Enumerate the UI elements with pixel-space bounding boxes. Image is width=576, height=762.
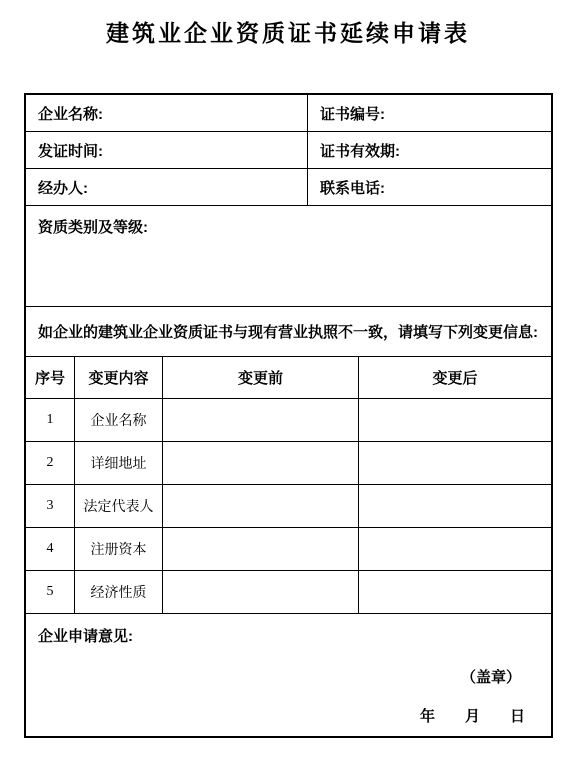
header-before-change: 变更前 — [163, 357, 359, 398]
row-number: 2 — [26, 442, 75, 484]
validity-period-cell[interactable]: 证书有效期: — [308, 132, 551, 168]
validity-period-label: 证书有效期: — [320, 140, 400, 161]
certificate-number-label: 证书编号: — [320, 103, 385, 124]
issue-date-cell[interactable]: 发证时间: — [26, 132, 308, 168]
company-opinion-cell[interactable]: 企业申请意见: （盖章） 年 月 日 — [26, 614, 551, 736]
row-number: 4 — [26, 528, 75, 570]
header-change-item: 变更内容 — [75, 357, 163, 398]
header-after-change: 变更后 — [359, 357, 551, 398]
date-placeholder: 年 月 日 — [420, 705, 525, 726]
qualification-grade-cell[interactable]: 资质类别及等级: — [26, 206, 551, 307]
header-seq-no: 序号 — [26, 357, 75, 398]
before-change-cell[interactable] — [163, 485, 359, 527]
change-item-label: 法定代表人 — [75, 485, 163, 527]
before-change-cell[interactable] — [163, 399, 359, 441]
table-row: 2 详细地址 — [26, 442, 551, 485]
before-change-cell[interactable] — [163, 528, 359, 570]
change-info-note-row: 如企业的建筑业企业资质证书与现有营业执照不一致，请填写下列变更信息: — [26, 307, 551, 357]
before-change-cell[interactable] — [163, 571, 359, 613]
company-name-cell[interactable]: 企业名称: — [26, 95, 308, 131]
after-change-cell[interactable] — [359, 399, 551, 441]
change-info-note: 如企业的建筑业企业资质证书与现有营业执照不一致，请填写下列变更信息: — [38, 321, 538, 342]
change-item-label: 企业名称 — [75, 399, 163, 441]
table-row: 5 经济性质 — [26, 571, 551, 614]
table-row: 1 企业名称 — [26, 399, 551, 442]
change-item-label: 详细地址 — [75, 442, 163, 484]
after-change-cell[interactable] — [359, 485, 551, 527]
issue-date-label: 发证时间: — [38, 140, 103, 161]
page-title: 建筑业企业资质证书延续申请表 — [0, 15, 576, 48]
application-form-table: 企业名称: 证书编号: 发证时间: 证书有效期: 经办人: 联系电话: 资质类别… — [24, 93, 553, 738]
company-opinion-label: 企业申请意见: — [38, 625, 133, 646]
qualification-grade-label: 资质类别及等级: — [38, 219, 148, 236]
info-row-company: 企业名称: 证书编号: — [26, 95, 551, 132]
change-item-label: 注册资本 — [75, 528, 163, 570]
table-row: 4 注册资本 — [26, 528, 551, 571]
after-change-cell[interactable] — [359, 442, 551, 484]
before-change-cell[interactable] — [163, 442, 359, 484]
seal-placeholder: （盖章） — [461, 666, 521, 687]
company-name-label: 企业名称: — [38, 103, 103, 124]
row-number: 3 — [26, 485, 75, 527]
after-change-cell[interactable] — [359, 528, 551, 570]
change-item-label: 经济性质 — [75, 571, 163, 613]
info-row-handler: 经办人: 联系电话: — [26, 169, 551, 206]
table-row: 3 法定代表人 — [26, 485, 551, 528]
row-number: 5 — [26, 571, 75, 613]
certificate-number-cell[interactable]: 证书编号: — [308, 95, 551, 131]
handler-cell[interactable]: 经办人: — [26, 169, 308, 205]
contact-phone-cell[interactable]: 联系电话: — [308, 169, 551, 205]
after-change-cell[interactable] — [359, 571, 551, 613]
row-number: 1 — [26, 399, 75, 441]
document-page: 建筑业企业资质证书延续申请表 企业名称: 证书编号: 发证时间: 证书有效期: … — [0, 0, 576, 762]
change-table-header-row: 序号 变更内容 变更前 变更后 — [26, 357, 551, 399]
contact-phone-label: 联系电话: — [320, 177, 385, 198]
handler-label: 经办人: — [38, 177, 88, 198]
info-row-issue: 发证时间: 证书有效期: — [26, 132, 551, 169]
